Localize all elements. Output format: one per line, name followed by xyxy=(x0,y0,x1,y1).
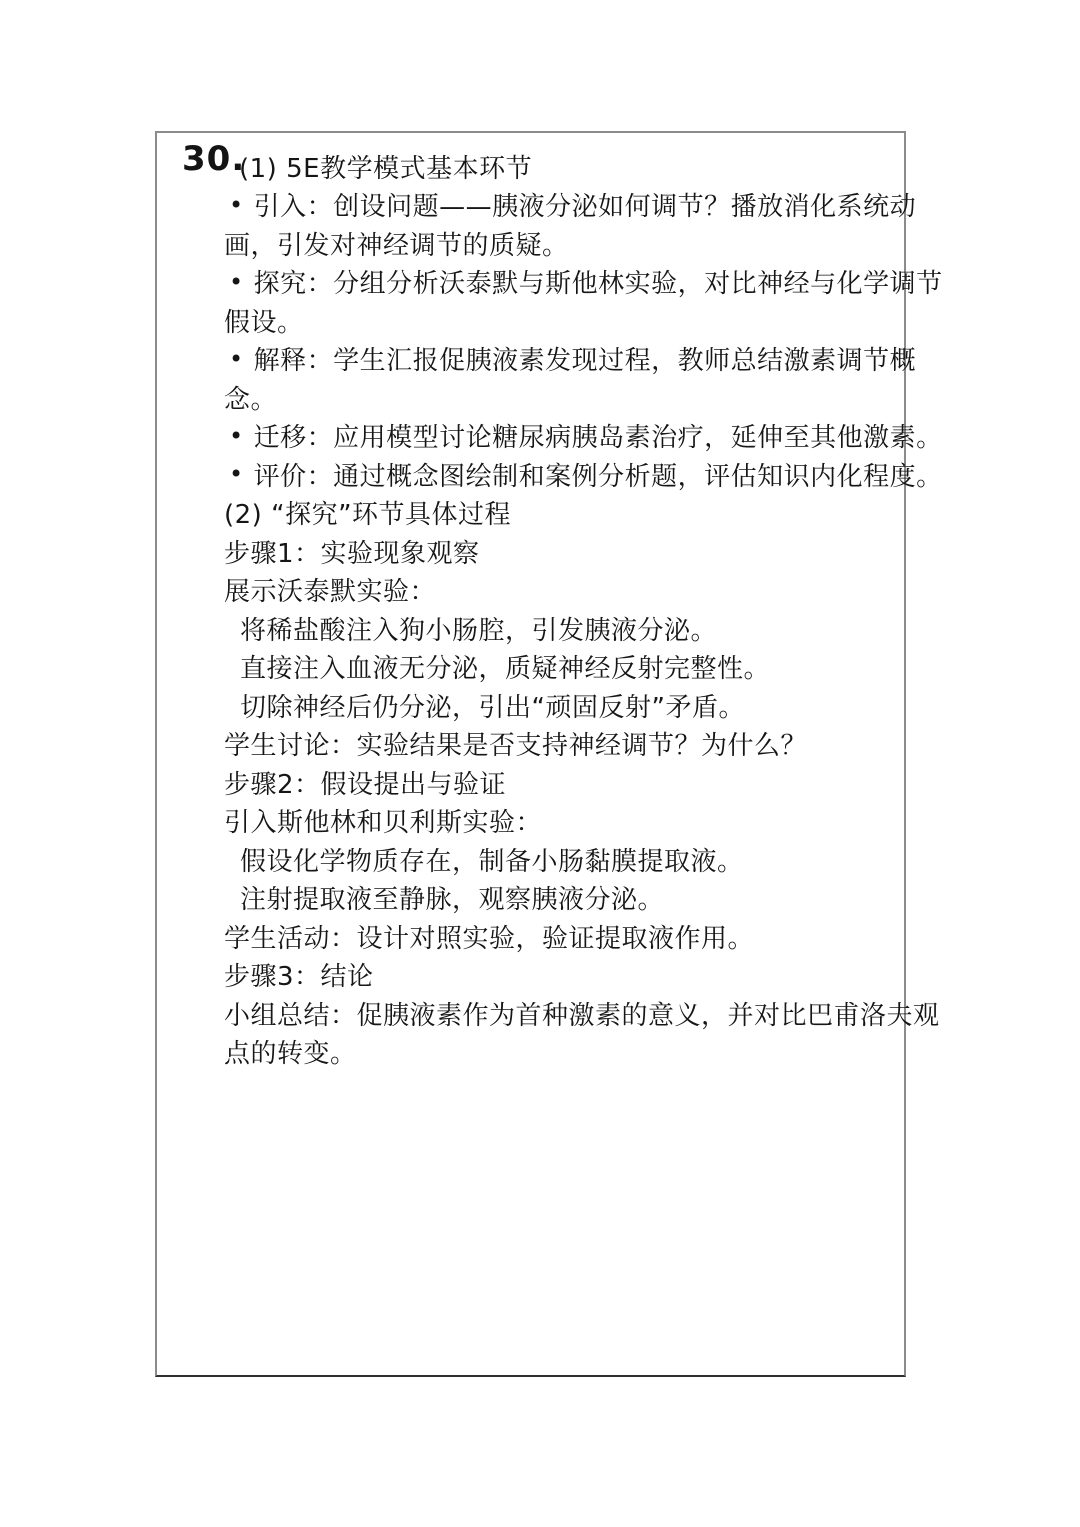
line-step1-heading: 步骤1：实验现象观察 xyxy=(224,532,894,571)
line-student-activity: 学生活动：设计对照实验，验证提取液作用。 xyxy=(224,917,894,956)
line-text: (2) “探究”环节具体过程 xyxy=(224,494,511,531)
line-text: 解释：学生汇报促胰液素发现过程，教师总结激素调节概 xyxy=(254,340,917,377)
line-summary-2: 点的转变。 xyxy=(224,1033,894,1072)
line-text: (1) 5E教学模式基本环节 xyxy=(239,148,532,185)
line-text: 探究：分组分析沃泰默与斯他林实验，对比神经与化学调节 xyxy=(254,263,943,300)
line-engage-1: • 引入：创设问题——胰液分泌如何调节？播放消化系统动 xyxy=(229,186,894,225)
line-engage-2: 画，引发对神经调节的质疑。 xyxy=(224,224,894,263)
bullet-icon: • xyxy=(229,347,244,371)
line-explain-1: • 解释：学生汇报促胰液素发现过程，教师总结激素调节概 xyxy=(229,340,894,379)
bullet-icon: • xyxy=(229,462,244,486)
line-text: 注射提取液至静脉，观察胰液分泌。 xyxy=(240,879,664,916)
line-text: 评价：通过概念图绘制和案例分析题，评估知识内化程度。 xyxy=(254,456,943,493)
line-text: 迁移：应用模型讨论糖尿病胰岛素治疗，延伸至其他激素。 xyxy=(254,417,943,454)
line-text: 小组总结：促胰液素作为首种激素的意义，并对比巴甫洛夫观 xyxy=(224,995,940,1032)
line-experiment-detail-2: 直接注入血液无分泌，质疑神经反射完整性。 xyxy=(240,648,894,687)
handwritten-answer: (1) 5E教学模式基本环节 • 引入：创设问题——胰液分泌如何调节？播放消化系… xyxy=(157,147,894,1071)
line-hypothesis-detail-2: 注射提取液至静脉，观察胰液分泌。 xyxy=(240,879,894,918)
line-elaborate: • 迁移：应用模型讨论糖尿病胰岛素治疗，延伸至其他激素。 xyxy=(229,417,894,456)
bullet-icon: • xyxy=(229,270,244,294)
line-starling-experiment: 引入斯他林和贝利斯实验： xyxy=(224,802,894,841)
line-text: 直接注入血液无分泌，质疑神经反射完整性。 xyxy=(240,648,770,685)
line-show-experiment: 展示沃泰默实验： xyxy=(224,571,894,610)
line-experiment-detail-1: 将稀盐酸注入狗小肠腔，引发胰液分泌。 xyxy=(240,609,894,648)
line-evaluate: • 评价：通过概念图绘制和案例分析题，评估知识内化程度。 xyxy=(229,455,894,494)
line-text: 引入斯他林和贝利斯实验： xyxy=(224,802,542,839)
line-text: 引入：创设问题——胰液分泌如何调节？播放消化系统动 xyxy=(254,186,917,223)
answer-sheet-frame: 30. (1) 5E教学模式基本环节 • 引入：创设问题——胰液分泌如何调节？播… xyxy=(155,131,906,1377)
line-step2-heading: 步骤2：假设提出与验证 xyxy=(224,763,894,802)
line-hypothesis-detail-1: 假设化学物质存在，制备小肠黏膜提取液。 xyxy=(240,840,894,879)
line-text: 切除神经后仍分泌，引出“顽固反射”矛盾。 xyxy=(240,687,745,724)
line-explain-2: 念。 xyxy=(224,378,894,417)
bullet-icon: • xyxy=(229,424,244,448)
line-text: 步骤3：结论 xyxy=(224,956,374,993)
line-text: 步骤2：假设提出与验证 xyxy=(224,764,506,801)
line-5e-heading: (1) 5E教学模式基本环节 xyxy=(239,147,894,186)
line-text: 画，引发对神经调节的质疑。 xyxy=(224,225,569,262)
line-text: 步骤1：实验现象观察 xyxy=(224,533,480,570)
line-text: 念。 xyxy=(224,379,277,416)
line-explore-1: • 探究：分组分析沃泰默与斯他林实验，对比神经与化学调节 xyxy=(229,263,894,302)
line-summary-1: 小组总结：促胰液素作为首种激素的意义，并对比巴甫洛夫观 xyxy=(224,994,894,1033)
line-text: 学生活动：设计对照实验，验证提取液作用。 xyxy=(224,918,754,955)
line-explore-2: 假设。 xyxy=(224,301,894,340)
line-student-discussion: 学生讨论：实验结果是否支持神经调节？为什么？ xyxy=(224,725,894,764)
document-page: 30. (1) 5E教学模式基本环节 • 引入：创设问题——胰液分泌如何调节？播… xyxy=(0,0,1080,1527)
line-text: 假设化学物质存在，制备小肠黏膜提取液。 xyxy=(240,841,744,878)
line-text: 展示沃泰默实验： xyxy=(224,571,436,608)
line-text: 假设。 xyxy=(224,302,304,339)
line-part2-heading: (2) “探究”环节具体过程 xyxy=(224,494,894,533)
line-text: 点的转变。 xyxy=(224,1033,357,1070)
line-text: 将稀盐酸注入狗小肠腔，引发胰液分泌。 xyxy=(240,610,717,647)
line-step3-heading: 步骤3：结论 xyxy=(224,956,894,995)
line-experiment-detail-3: 切除神经后仍分泌，引出“顽固反射”矛盾。 xyxy=(240,686,894,725)
line-text: 学生讨论：实验结果是否支持神经调节？为什么？ xyxy=(224,725,807,762)
bullet-icon: • xyxy=(229,193,244,217)
